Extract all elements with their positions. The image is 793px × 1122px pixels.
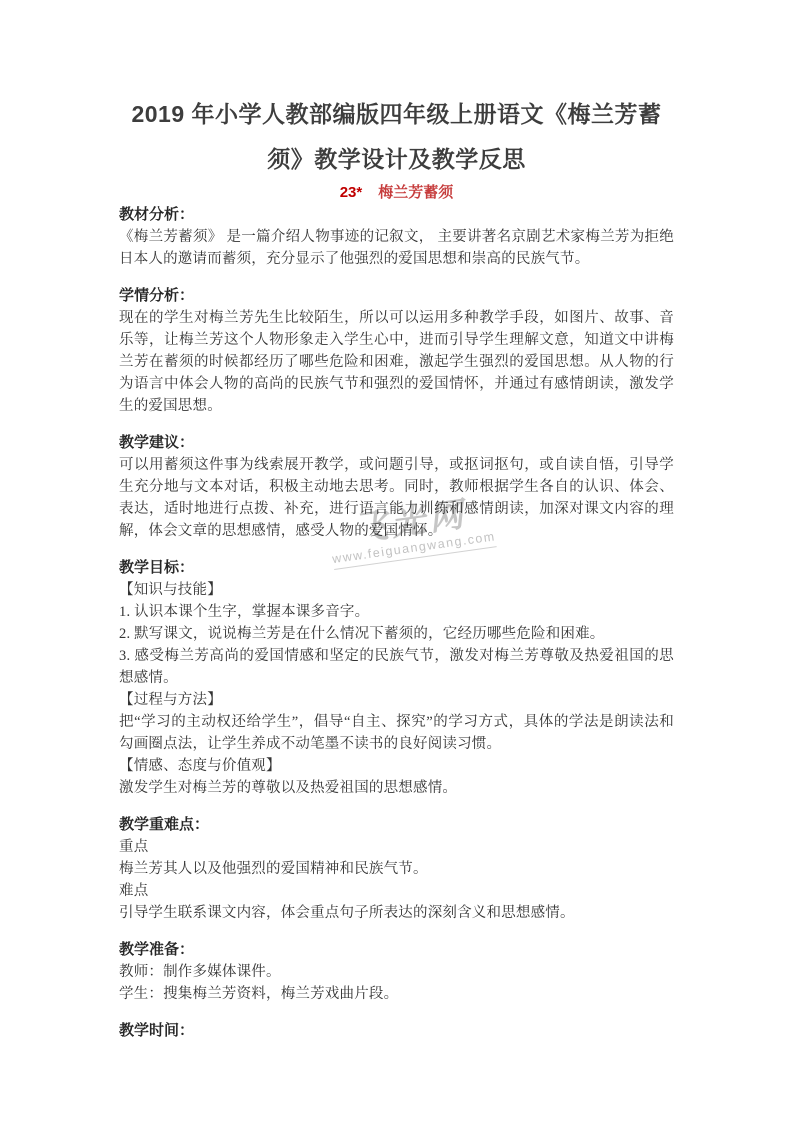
- list-item: 2. 默写课文，说说梅兰芳是在什么情况下蓄须的，它经历哪些危险和困难。: [119, 623, 674, 645]
- lesson-number: 23*: [340, 184, 363, 201]
- document-title: 2019 年小学人教部编版四年级上册语文《梅兰芳蓄须》教学设计及教学反思: [119, 92, 674, 182]
- section-teaching-preparation: 教学准备： 教师：制作多媒体课件。 学生：搜集梅兰芳资料，梅兰芳戏曲片段。: [119, 939, 674, 1005]
- section-heading: 教学目标：: [119, 557, 674, 579]
- subsection-label: 难点: [119, 880, 674, 902]
- paragraph: 学生：搜集梅兰芳资料，梅兰芳戏曲片段。: [119, 983, 674, 1005]
- lesson-title: 梅兰芳蓄须: [378, 185, 453, 201]
- paragraph: 激发学生对梅兰芳的尊敬以及热爱祖国的思想感情。: [119, 777, 674, 799]
- section-heading: 教学重难点：: [119, 814, 674, 836]
- subsection-label: 【过程与方法】: [119, 689, 674, 711]
- list-item: 1. 认识本课个生字，掌握本课多音字。: [119, 601, 674, 623]
- section-heading: 教学时间：: [119, 1020, 674, 1042]
- section-heading: 学情分析：: [119, 285, 674, 307]
- subsection-label: 重点: [119, 836, 674, 858]
- subsection-label: 【情感、态度与价值观】: [119, 755, 674, 777]
- paragraph: 《梅兰芳蓄须》 是一篇介绍人物事迹的记叙文， 主要讲著名京剧艺术家梅兰芳为拒绝日…: [119, 226, 674, 270]
- paragraph: 引导学生联系课文内容，体会重点句子所表达的深刻含义和思想感情。: [119, 902, 674, 924]
- section-key-difficult-points: 教学重难点： 重点 梅兰芳其人以及他强烈的爱国精神和民族气节。 难点 引导学生联…: [119, 814, 674, 924]
- section-heading: 教学准备：: [119, 939, 674, 961]
- subsection-label: 【知识与技能】: [119, 579, 674, 601]
- paragraph: 教师：制作多媒体课件。: [119, 961, 674, 983]
- section-teaching-goals: 教学目标： 【知识与技能】 1. 认识本课个生字，掌握本课多音字。 2. 默写课…: [119, 557, 674, 799]
- section-heading: 教学建议：: [119, 432, 674, 454]
- document-page: 飞光网 www.feiguangwang.com 2019 年小学人教部编版四年…: [0, 0, 793, 1122]
- section-teaching-suggestions: 教学建议： 可以用蓄须这件事为线索展开教学，或问题引导，或抠词抠句，或自读自悟，…: [119, 432, 674, 542]
- section-student-analysis: 学情分析： 现在的学生对梅兰芳先生比较陌生，所以可以运用多种教学手段，如图片、故…: [119, 285, 674, 417]
- list-item: 3. 感受梅兰芳高尚的爱国情感和坚定的民族气节，激发对梅兰芳尊敬及热爱祖国的思想…: [119, 645, 674, 689]
- paragraph: 把“学习的主动权还给学生”，倡导“自主、探究”的学习方式，具体的学法是朗读法和勾…: [119, 711, 674, 755]
- paragraph: 现在的学生对梅兰芳先生比较陌生，所以可以运用多种教学手段，如图片、故事、音乐等，…: [119, 307, 674, 417]
- section-heading: 教材分析：: [119, 204, 674, 226]
- section-material-analysis: 教材分析： 《梅兰芳蓄须》 是一篇介绍人物事迹的记叙文， 主要讲著名京剧艺术家梅…: [119, 204, 674, 270]
- paragraph: 梅兰芳其人以及他强烈的爱国精神和民族气节。: [119, 858, 674, 880]
- paragraph: 可以用蓄须这件事为线索展开教学，或问题引导，或抠词抠句，或自读自悟，引导学生充分…: [119, 454, 674, 542]
- section-teaching-time: 教学时间：: [119, 1020, 674, 1042]
- document-content: 2019 年小学人教部编版四年级上册语文《梅兰芳蓄须》教学设计及教学反思 23*…: [0, 0, 793, 1042]
- lesson-header: 23*梅兰芳蓄须: [119, 182, 674, 204]
